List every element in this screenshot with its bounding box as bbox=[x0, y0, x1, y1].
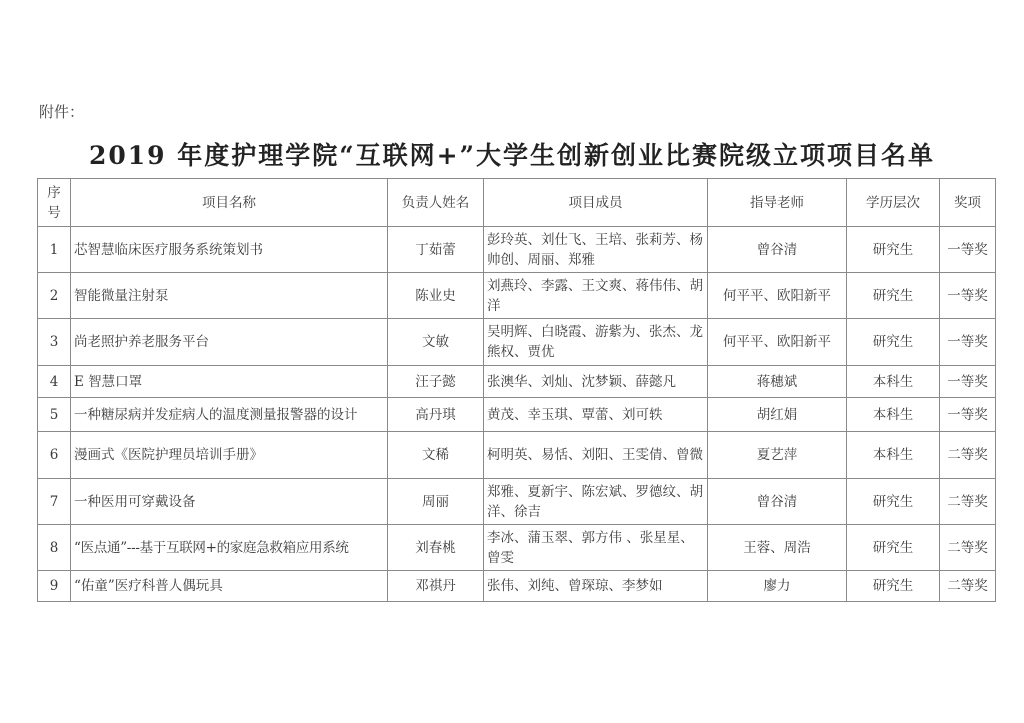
cell-award: 二等奖 bbox=[940, 432, 996, 479]
cell-project: 芯智慧临床医疗服务系统策划书 bbox=[71, 227, 388, 273]
cell-leader: 刘春桃 bbox=[388, 525, 484, 571]
project-list-table: 序号 项目名称 负责人姓名 项目成员 指导老师 学历层次 奖项 1 芯智慧临床医… bbox=[37, 178, 996, 602]
header-no-line2: 号 bbox=[47, 205, 61, 221]
document-title: 2019 年度护理学院“互联网+”大学生创新创业比赛院级立项项目名单 bbox=[0, 136, 1024, 172]
header-leader: 负责人姓名 bbox=[388, 179, 484, 227]
cell-project: “医点通”---基于互联网+的家庭急救箱应用系统 bbox=[71, 525, 388, 571]
cell-advisor: 夏艺萍 bbox=[708, 432, 847, 479]
cell-leader: 陈业史 bbox=[388, 273, 484, 319]
table-row: 5 一种糖尿病并发症病人的温度测量报警器的设计 高丹琪 黄茂、幸玉琪、覃蕾、刘可… bbox=[38, 398, 996, 432]
header-no-line1: 序 bbox=[47, 185, 61, 201]
cell-advisor: 蒋穗斌 bbox=[708, 366, 847, 398]
cell-award: 一等奖 bbox=[940, 273, 996, 319]
cell-advisor: 胡红娟 bbox=[708, 398, 847, 432]
cell-level: 本科生 bbox=[847, 432, 940, 479]
cell-project: 智能微量注射泵 bbox=[71, 273, 388, 319]
cell-no: 6 bbox=[38, 432, 71, 479]
cell-advisor: 曾谷清 bbox=[708, 227, 847, 273]
cell-leader: 邓祺丹 bbox=[388, 571, 484, 602]
table-row: 4 E 智慧口罩 汪子懿 张澳华、刘灿、沈梦颖、薛懿凡 蒋穗斌 本科生 一等奖 bbox=[38, 366, 996, 398]
cell-project: 一种医用可穿戴设备 bbox=[71, 479, 388, 525]
table-header-row: 序号 项目名称 负责人姓名 项目成员 指导老师 学历层次 奖项 bbox=[38, 179, 996, 227]
cell-advisor: 王蓉、周浩 bbox=[708, 525, 847, 571]
cell-award: 一等奖 bbox=[940, 227, 996, 273]
cell-leader: 丁茹蕾 bbox=[388, 227, 484, 273]
cell-award: 二等奖 bbox=[940, 525, 996, 571]
cell-advisor: 曾谷清 bbox=[708, 479, 847, 525]
cell-leader: 高丹琪 bbox=[388, 398, 484, 432]
cell-project: 尚老照护养老服务平台 bbox=[71, 319, 388, 366]
table-row: 6 漫画式《医院护理员培训手册》 文稀 柯明英、易恬、刘阳、王雯倩、曾微 夏艺萍… bbox=[38, 432, 996, 479]
table-row: 1 芯智慧临床医疗服务系统策划书 丁茹蕾 彭玲英、刘仕飞、王培、张莉芳、杨帅创、… bbox=[38, 227, 996, 273]
cell-award: 二等奖 bbox=[940, 571, 996, 602]
cell-level: 研究生 bbox=[847, 571, 940, 602]
table-row: 8 “医点通”---基于互联网+的家庭急救箱应用系统 刘春桃 李冰、蒲玉翠、郭方… bbox=[38, 525, 996, 571]
cell-no: 3 bbox=[38, 319, 71, 366]
cell-award: 一等奖 bbox=[940, 319, 996, 366]
cell-members: 吴明辉、白晓霞、游紫为、张杰、龙熊权、贾优 bbox=[484, 319, 708, 366]
table-row: 2 智能微量注射泵 陈业史 刘燕玲、李露、王文爽、蒋伟伟、胡洋 何平平、欧阳新平… bbox=[38, 273, 996, 319]
cell-advisor: 何平平、欧阳新平 bbox=[708, 319, 847, 366]
cell-award: 二等奖 bbox=[940, 479, 996, 525]
cell-level: 研究生 bbox=[847, 479, 940, 525]
cell-leader: 文敏 bbox=[388, 319, 484, 366]
cell-members: 黄茂、幸玉琪、覃蕾、刘可轶 bbox=[484, 398, 708, 432]
cell-level: 研究生 bbox=[847, 273, 940, 319]
cell-members: 柯明英、易恬、刘阳、王雯倩、曾微 bbox=[484, 432, 708, 479]
header-award: 奖项 bbox=[940, 179, 996, 227]
cell-no: 9 bbox=[38, 571, 71, 602]
cell-no: 8 bbox=[38, 525, 71, 571]
cell-members: 彭玲英、刘仕飞、王培、张莉芳、杨帅创、周丽、郑雅 bbox=[484, 227, 708, 273]
cell-leader: 文稀 bbox=[388, 432, 484, 479]
cell-members: 张澳华、刘灿、沈梦颖、薛懿凡 bbox=[484, 366, 708, 398]
cell-members: 刘燕玲、李露、王文爽、蒋伟伟、胡洋 bbox=[484, 273, 708, 319]
table-row: 7 一种医用可穿戴设备 周丽 郑雅、夏新宇、陈宏斌、罗德纹、胡洋、徐吉 曾谷清 … bbox=[38, 479, 996, 525]
cell-no: 5 bbox=[38, 398, 71, 432]
header-members: 项目成员 bbox=[484, 179, 708, 227]
table-row: 3 尚老照护养老服务平台 文敏 吴明辉、白晓霞、游紫为、张杰、龙熊权、贾优 何平… bbox=[38, 319, 996, 366]
cell-advisor: 廖力 bbox=[708, 571, 847, 602]
cell-level: 研究生 bbox=[847, 525, 940, 571]
cell-members: 李冰、蒲玉翠、郭方伟 、张星星、曾雯 bbox=[484, 525, 708, 571]
cell-no: 4 bbox=[38, 366, 71, 398]
cell-advisor: 何平平、欧阳新平 bbox=[708, 273, 847, 319]
header-level: 学历层次 bbox=[847, 179, 940, 227]
cell-level: 本科生 bbox=[847, 366, 940, 398]
header-advisor: 指导老师 bbox=[708, 179, 847, 227]
cell-project: “佑童”医疗科普人偶玩具 bbox=[71, 571, 388, 602]
cell-members: 张伟、刘纯、曾琛琼、李梦如 bbox=[484, 571, 708, 602]
cell-award: 一等奖 bbox=[940, 366, 996, 398]
cell-award: 一等奖 bbox=[940, 398, 996, 432]
table-row: 9 “佑童”医疗科普人偶玩具 邓祺丹 张伟、刘纯、曾琛琼、李梦如 廖力 研究生 … bbox=[38, 571, 996, 602]
cell-no: 2 bbox=[38, 273, 71, 319]
header-no: 序号 bbox=[38, 179, 71, 227]
header-project: 项目名称 bbox=[71, 179, 388, 227]
cell-no: 7 bbox=[38, 479, 71, 525]
attachment-label: 附件： bbox=[39, 101, 84, 122]
cell-members: 郑雅、夏新宇、陈宏斌、罗德纹、胡洋、徐吉 bbox=[484, 479, 708, 525]
cell-level: 研究生 bbox=[847, 227, 940, 273]
cell-level: 研究生 bbox=[847, 319, 940, 366]
cell-leader: 周丽 bbox=[388, 479, 484, 525]
cell-project: 漫画式《医院护理员培训手册》 bbox=[71, 432, 388, 479]
cell-leader: 汪子懿 bbox=[388, 366, 484, 398]
cell-project: 一种糖尿病并发症病人的温度测量报警器的设计 bbox=[71, 398, 388, 432]
cell-level: 本科生 bbox=[847, 398, 940, 432]
cell-project: E 智慧口罩 bbox=[71, 366, 388, 398]
cell-no: 1 bbox=[38, 227, 71, 273]
